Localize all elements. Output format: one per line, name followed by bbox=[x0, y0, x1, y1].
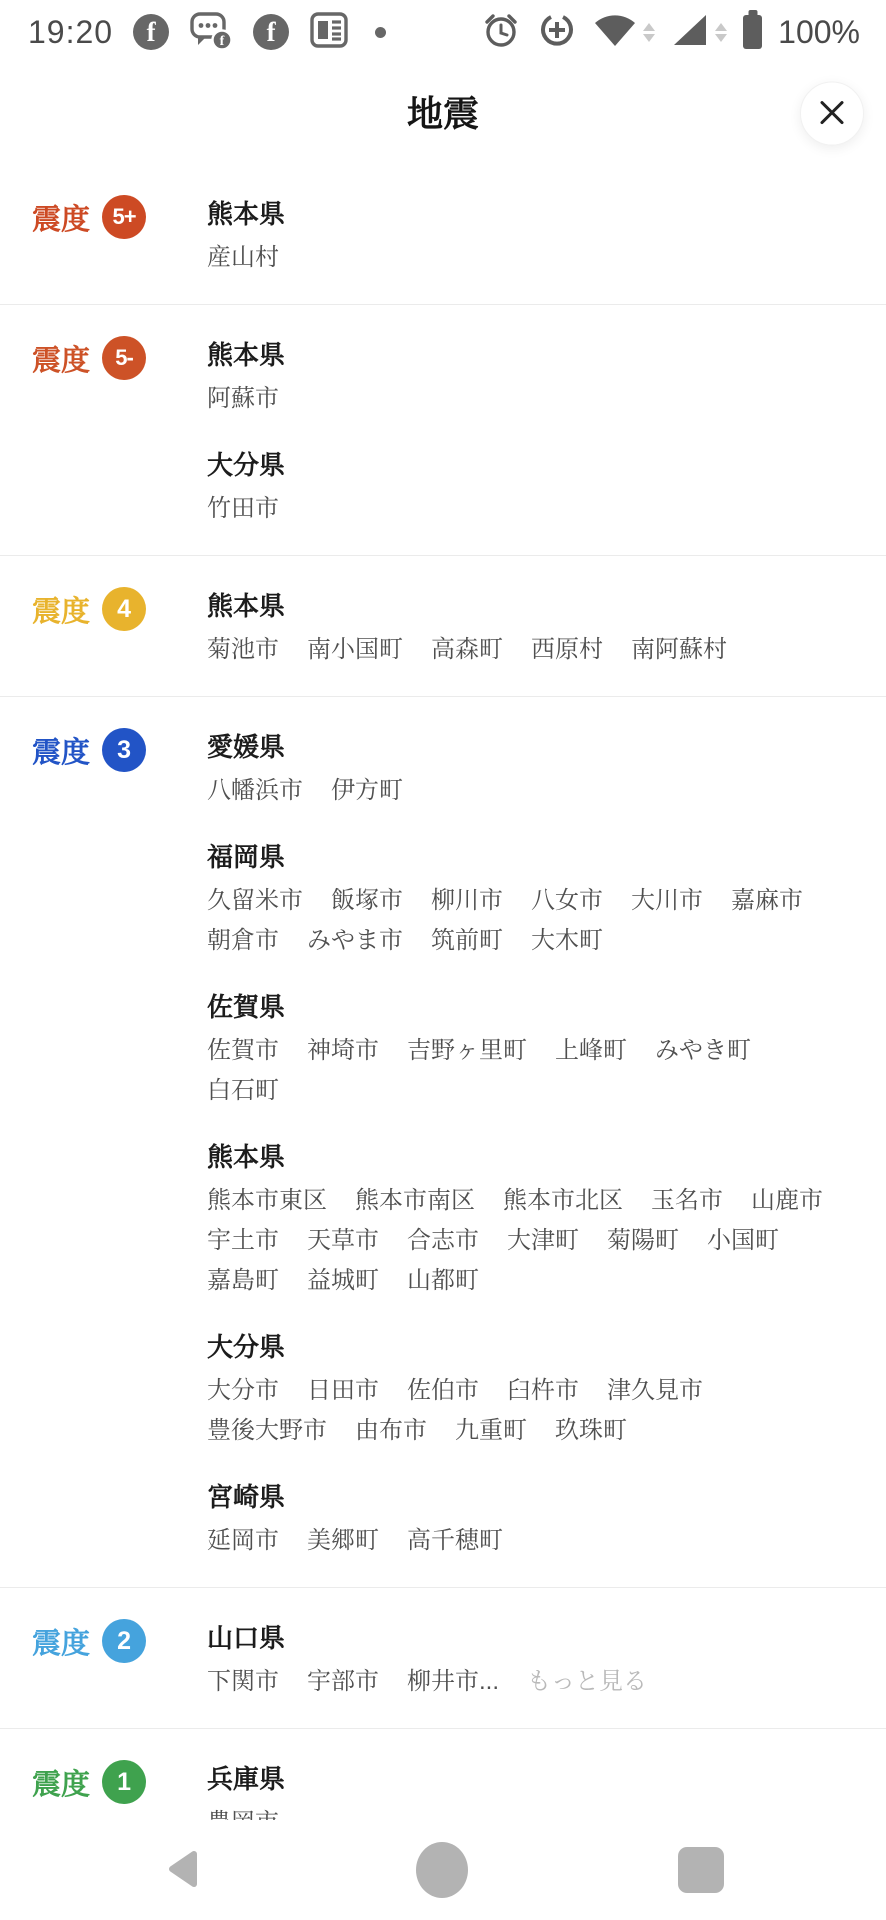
region-content: 熊本県菊池市南小国町高森町西原村南阿蘇村 bbox=[207, 586, 856, 670]
wifi-icon bbox=[593, 12, 637, 53]
intensity-badge: 1 bbox=[102, 1760, 146, 1804]
city-line: 佐賀市神埼市吉野ヶ里町上峰町みやき町 bbox=[207, 1031, 856, 1071]
city-name: 山鹿市 bbox=[751, 1181, 823, 1221]
city-name: 天草市 bbox=[307, 1221, 379, 1261]
city-name: 八幡浜市 bbox=[207, 771, 303, 811]
prefecture-group: 大分県竹田市 bbox=[207, 447, 856, 529]
intensity-badge: 3 bbox=[102, 728, 146, 772]
city-line: 大分市日田市佐伯市臼杵市津久見市 bbox=[207, 1371, 856, 1411]
close-button[interactable] bbox=[800, 82, 864, 146]
city-name: 嘉麻市 bbox=[731, 881, 803, 921]
facebook-icon: f bbox=[133, 14, 169, 50]
city-line: 下関市宇部市柳井市...もっと見る bbox=[207, 1662, 856, 1702]
news-article-icon bbox=[309, 11, 349, 54]
city-line: 菊池市南小国町高森町西原村南阿蘇村 bbox=[207, 630, 856, 670]
clock: 19:20 bbox=[28, 14, 113, 51]
city-name: みやき町 bbox=[655, 1031, 751, 1071]
cellular-signal-icon bbox=[671, 12, 709, 53]
intensity-badge: 4 bbox=[102, 587, 146, 631]
city-name: 美郷町 bbox=[307, 1521, 379, 1561]
prefecture-group: 山口県下関市宇部市柳井市...もっと見る bbox=[207, 1620, 856, 1702]
intensity-label: 震度 bbox=[32, 589, 90, 630]
intensity-row: 震度4熊本県菊池市南小国町高森町西原村南阿蘇村 bbox=[0, 555, 886, 696]
prefecture-name: 大分県 bbox=[207, 1329, 856, 1365]
city-name: 八女市 bbox=[531, 881, 603, 921]
city-line: 朝倉市みやま市筑前町大木町 bbox=[207, 921, 856, 961]
header: 地震 bbox=[0, 58, 886, 164]
intensity-label: 震度 bbox=[32, 197, 90, 238]
more-link[interactable]: もっと見る bbox=[527, 1662, 647, 1702]
home-icon bbox=[416, 1842, 468, 1898]
intensity-row: 震度2山口県下関市宇部市柳井市...もっと見る bbox=[0, 1587, 886, 1728]
city-name: 津久見市 bbox=[607, 1371, 703, 1411]
region-content: 山口県下関市宇部市柳井市...もっと見る bbox=[207, 1618, 856, 1702]
intensity-cell: 震度1 bbox=[32, 1759, 207, 1805]
prefecture-group: 福岡県久留米市飯塚市柳川市八女市大川市嘉麻市朝倉市みやま市筑前町大木町 bbox=[207, 839, 856, 961]
city-name: 佐伯市 bbox=[407, 1371, 479, 1411]
city-name: 下関市 bbox=[207, 1662, 279, 1702]
city-name: 産山村 bbox=[207, 238, 279, 278]
city-line: 延岡市美郷町高千穂町 bbox=[207, 1521, 856, 1561]
city-name: 嘉島町 bbox=[207, 1261, 279, 1301]
city-name: 飯塚市 bbox=[331, 881, 403, 921]
city-name: 南小国町 bbox=[307, 630, 403, 670]
cellular-activity-arrows-icon bbox=[715, 23, 727, 42]
city-line: 宇土市天草市合志市大津町菊陽町小国町 bbox=[207, 1221, 856, 1261]
prefecture-name: 宮崎県 bbox=[207, 1479, 856, 1515]
city-name: 玉名市 bbox=[651, 1181, 723, 1221]
city-name: 合志市 bbox=[407, 1221, 479, 1261]
city-name: 九重町 bbox=[455, 1411, 527, 1451]
prefecture-name: 大分県 bbox=[207, 447, 856, 483]
status-bar-right: 100% bbox=[481, 10, 860, 55]
city-line: 豊後大野市由布市九重町玖珠町 bbox=[207, 1411, 856, 1451]
svg-text:f: f bbox=[220, 34, 225, 49]
prefecture-name: 熊本県 bbox=[207, 337, 856, 373]
recents-icon bbox=[678, 1847, 724, 1893]
city-name: 熊本市南区 bbox=[355, 1181, 475, 1221]
city-name: 由布市 bbox=[355, 1411, 427, 1451]
city-name: 臼杵市 bbox=[507, 1371, 579, 1411]
intensity-label: 震度 bbox=[32, 338, 90, 379]
back-icon bbox=[162, 1847, 206, 1894]
city-name: 高千穂町 bbox=[407, 1521, 503, 1561]
prefecture-group: 熊本県熊本市東区熊本市南区熊本市北区玉名市山鹿市宇土市天草市合志市大津町菊陽町小… bbox=[207, 1139, 856, 1301]
home-button[interactable] bbox=[416, 1842, 468, 1898]
recents-button[interactable] bbox=[678, 1847, 724, 1893]
city-name: 高森町 bbox=[431, 630, 503, 670]
alarm-clock-icon bbox=[481, 10, 521, 55]
prefecture-name: 佐賀県 bbox=[207, 989, 856, 1025]
prefecture-group: 宮崎県延岡市美郷町高千穂町 bbox=[207, 1479, 856, 1561]
prefecture-group: 熊本県阿蘇市 bbox=[207, 337, 856, 419]
intensity-label: 震度 bbox=[32, 1621, 90, 1662]
wifi-activity-arrows-icon bbox=[643, 23, 655, 42]
intensity-row: 震度5-熊本県阿蘇市大分県竹田市 bbox=[0, 304, 886, 555]
city-name: 柳川市 bbox=[431, 881, 503, 921]
city-name: 菊陽町 bbox=[607, 1221, 679, 1261]
prefecture-name: 福岡県 bbox=[207, 839, 856, 875]
city-name: 南阿蘇村 bbox=[631, 630, 727, 670]
city-name: 宇土市 bbox=[207, 1221, 279, 1261]
city-name: 玖珠町 bbox=[555, 1411, 627, 1451]
battery-icon bbox=[743, 15, 762, 49]
city-name: 白石町 bbox=[207, 1071, 279, 1111]
intensity-badge: 2 bbox=[102, 1619, 146, 1663]
facebook-icon: f bbox=[253, 14, 289, 50]
city-name: 阿蘇市 bbox=[207, 379, 279, 419]
city-line: 熊本市東区熊本市南区熊本市北区玉名市山鹿市 bbox=[207, 1181, 856, 1221]
back-button[interactable] bbox=[162, 1847, 206, 1894]
city-line: 白石町 bbox=[207, 1071, 856, 1111]
city-name: 日田市 bbox=[307, 1371, 379, 1411]
intensity-cell: 震度3 bbox=[32, 727, 207, 773]
city-line: 産山村 bbox=[207, 238, 856, 278]
city-name: 大木町 bbox=[531, 921, 603, 961]
prefecture-name: 山口県 bbox=[207, 1620, 856, 1656]
city-name: 吉野ヶ里町 bbox=[407, 1031, 527, 1071]
city-line: 阿蘇市 bbox=[207, 379, 856, 419]
city-name: 小国町 bbox=[707, 1221, 779, 1261]
city-name: 柳井市... bbox=[407, 1662, 499, 1702]
android-nav-bar bbox=[0, 1820, 886, 1920]
intensity-cell: 震度2 bbox=[32, 1618, 207, 1664]
city-name: 朝倉市 bbox=[207, 921, 279, 961]
data-saver-icon bbox=[537, 10, 577, 55]
prefecture-name: 熊本県 bbox=[207, 588, 856, 624]
city-name: 大分市 bbox=[207, 1371, 279, 1411]
intensity-row: 震度3愛媛県八幡浜市伊方町福岡県久留米市飯塚市柳川市八女市大川市嘉麻市朝倉市みや… bbox=[0, 696, 886, 1587]
notification-overflow-dot bbox=[375, 27, 386, 38]
city-name: 伊方町 bbox=[331, 771, 403, 811]
city-name: 菊池市 bbox=[207, 630, 279, 670]
city-name: 上峰町 bbox=[555, 1031, 627, 1071]
city-name: 神埼市 bbox=[307, 1031, 379, 1071]
screen: 19:20 f f f bbox=[0, 0, 886, 1920]
prefecture-group: 大分県大分市日田市佐伯市臼杵市津久見市豊後大野市由布市九重町玖珠町 bbox=[207, 1329, 856, 1451]
prefecture-name: 熊本県 bbox=[207, 1139, 856, 1175]
page-title: 地震 bbox=[407, 86, 479, 137]
city-name: 大川市 bbox=[631, 881, 703, 921]
city-name: 豊後大野市 bbox=[207, 1411, 327, 1451]
intensity-cell: 震度5- bbox=[32, 335, 207, 381]
city-name: 熊本市東区 bbox=[207, 1181, 327, 1221]
battery-percent: 100% bbox=[778, 14, 860, 51]
city-name: 筑前町 bbox=[431, 921, 503, 961]
intensity-cell: 震度4 bbox=[32, 586, 207, 632]
city-name: 西原村 bbox=[531, 630, 603, 670]
status-bar-left: 19:20 f f f bbox=[28, 10, 386, 55]
city-line: 久留米市飯塚市柳川市八女市大川市嘉麻市 bbox=[207, 881, 856, 921]
intensity-label: 震度 bbox=[32, 730, 90, 771]
close-x-icon bbox=[815, 95, 849, 132]
city-line: 竹田市 bbox=[207, 489, 856, 529]
prefecture-name: 愛媛県 bbox=[207, 729, 856, 765]
city-name: 宇部市 bbox=[307, 1662, 379, 1702]
intensity-badge: 5+ bbox=[102, 195, 146, 239]
earthquake-list: 震度5+熊本県産山村震度5-熊本県阿蘇市大分県竹田市震度4熊本県菊池市南小国町高… bbox=[0, 164, 886, 1869]
messenger-chat-icon: f bbox=[189, 10, 233, 55]
region-content: 熊本県阿蘇市大分県竹田市 bbox=[207, 335, 856, 529]
city-name: 延岡市 bbox=[207, 1521, 279, 1561]
city-line: 八幡浜市伊方町 bbox=[207, 771, 856, 811]
prefecture-group: 佐賀県佐賀市神埼市吉野ヶ里町上峰町みやき町白石町 bbox=[207, 989, 856, 1111]
city-name: みやま市 bbox=[307, 921, 403, 961]
city-line: 嘉島町益城町山都町 bbox=[207, 1261, 856, 1301]
prefecture-group: 熊本県菊池市南小国町高森町西原村南阿蘇村 bbox=[207, 588, 856, 670]
city-name: 熊本市北区 bbox=[503, 1181, 623, 1221]
city-name: 益城町 bbox=[307, 1261, 379, 1301]
status-bar: 19:20 f f f bbox=[0, 0, 886, 58]
region-content: 熊本県産山村 bbox=[207, 194, 856, 278]
intensity-row: 震度5+熊本県産山村 bbox=[0, 164, 886, 304]
intensity-cell: 震度5+ bbox=[32, 194, 207, 240]
intensity-label: 震度 bbox=[32, 1762, 90, 1803]
region-content: 愛媛県八幡浜市伊方町福岡県久留米市飯塚市柳川市八女市大川市嘉麻市朝倉市みやま市筑… bbox=[207, 727, 856, 1561]
city-name: 久留米市 bbox=[207, 881, 303, 921]
prefecture-name: 熊本県 bbox=[207, 196, 856, 232]
city-name: 大津町 bbox=[507, 1221, 579, 1261]
city-name: 佐賀市 bbox=[207, 1031, 279, 1071]
intensity-badge: 5- bbox=[102, 336, 146, 380]
prefecture-group: 熊本県産山村 bbox=[207, 196, 856, 278]
city-name: 山都町 bbox=[407, 1261, 479, 1301]
prefecture-name: 兵庫県 bbox=[207, 1761, 856, 1797]
prefecture-group: 愛媛県八幡浜市伊方町 bbox=[207, 729, 856, 811]
city-name: 竹田市 bbox=[207, 489, 279, 529]
